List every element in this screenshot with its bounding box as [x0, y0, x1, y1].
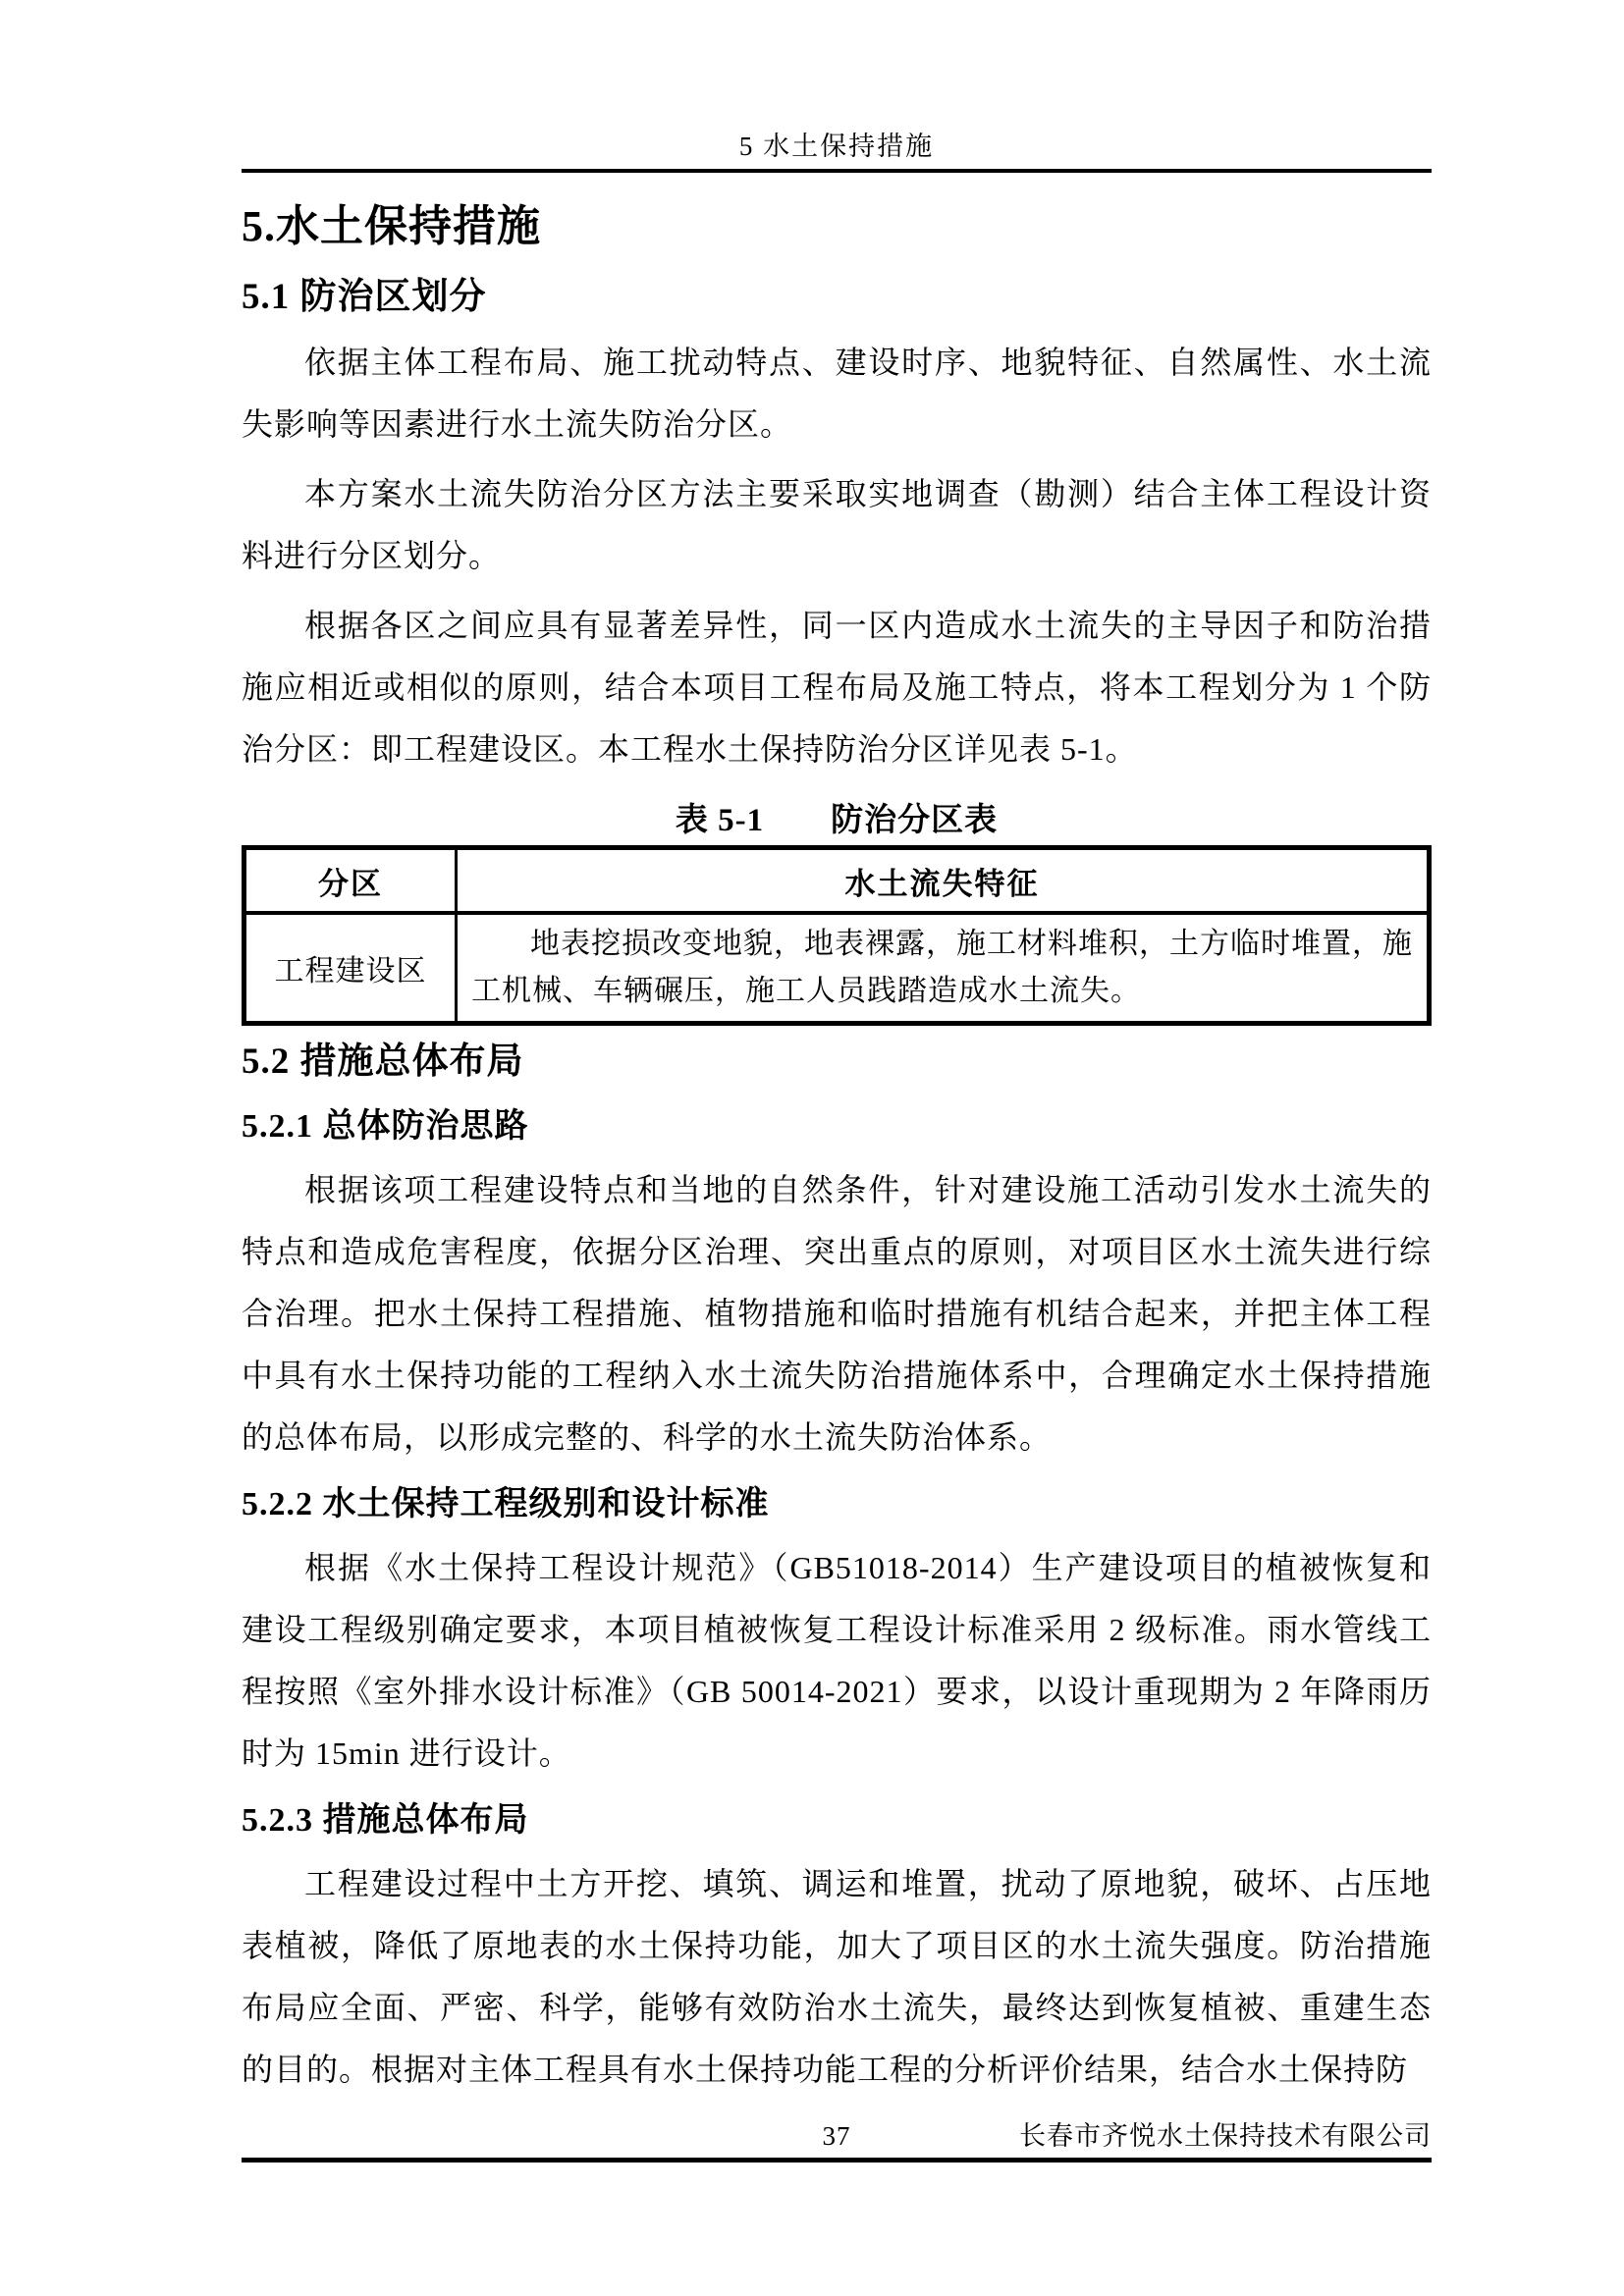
table-5-1: 分区 水土流失特征 工程建设区 地表挖损改变地貌，地表裸露，施工材料堆积，土方临…: [242, 845, 1432, 1026]
zone-name-cell: 工程建设区: [244, 913, 457, 1024]
company-name: 长春市齐悦水土保持技术有限公司: [1019, 2118, 1432, 2154]
soil-loss-characteristics-text: 地表挖损改变地貌，地表裸露，施工材料堆积，土方临时堆置，施工机械、车辆碾压，施工…: [471, 921, 1413, 1015]
footer-rule: [242, 2158, 1432, 2163]
chapter-heading: 5.水土保持措施: [242, 200, 1432, 253]
page-footer: 37 长春市齐悦水土保持技术有限公司: [242, 2118, 1432, 2163]
footer-row: 37 长春市齐悦水土保持技术有限公司: [242, 2118, 1432, 2154]
para-design-standards: 根据《水土保持工程设计规范》（GB51018-2014）生产建设项目的植被恢复和…: [242, 1537, 1432, 1785]
section-5-2-3-heading: 5.2.3 措施总体布局: [242, 1800, 1432, 1842]
section-5-2-heading: 5.2 措施总体布局: [242, 1040, 1432, 1085]
section-5-1-heading: 5.1 防治区划分: [242, 275, 1432, 320]
para-overall-control-approach: 根据该项工程建设特点和当地的自然条件，针对建设施工活动引发水土流失的特点和造成危…: [242, 1159, 1432, 1468]
para-zoning-basis: 依据主体工程布局、施工扰动特点、建设时序、地貌特征、自然属性、水土流失影响等因素…: [242, 332, 1432, 455]
section-5-2-2-heading: 5.2.2 水土保持工程级别和设计标准: [242, 1484, 1432, 1525]
col-header-zone: 分区: [244, 848, 457, 914]
para-zoning-method: 本方案水土流失防治分区方法主要采取实地调查（勘测）结合主体工程设计资料进行分区划…: [242, 463, 1432, 587]
table-row: 工程建设区 地表挖损改变地貌，地表裸露，施工材料堆积，土方临时堆置，施工机械、车…: [244, 913, 1430, 1024]
document-page: 5 水土保持措施 5.水土保持措施 5.1 防治区划分 依据主体工程布局、施工扰…: [0, 0, 1624, 2296]
page-header: 5 水土保持措施: [242, 0, 1432, 173]
para-zoning-result: 根据各区之间应具有显著差异性，同一区内造成水土流失的主导因子和防治措施应相近或相…: [242, 595, 1432, 780]
document-content: 5.水土保持措施 5.1 防治区划分 依据主体工程布局、施工扰动特点、建设时序、…: [242, 200, 1432, 2101]
table-header-row: 分区 水土流失特征: [244, 848, 1430, 914]
col-header-soil-loss-characteristics: 水土流失特征: [457, 848, 1430, 914]
soil-loss-characteristics-cell: 地表挖损改变地貌，地表裸露，施工材料堆积，土方临时堆置，施工机械、车辆碾压，施工…: [457, 913, 1430, 1024]
para-overall-layout: 工程建设过程中土方开挖、填筑、调运和堆置，扰动了原地貌，破坏、占压地表植被，降低…: [242, 1853, 1432, 2101]
content-column: 5 水土保持措施 5.水土保持措施 5.1 防治区划分 依据主体工程布局、施工扰…: [242, 0, 1432, 2101]
header-rule: [242, 169, 1432, 173]
table-5-1-title: 表 5-1 防治分区表: [242, 800, 1432, 841]
section-5-2-1-heading: 5.2.1 总体防治思路: [242, 1106, 1432, 1148]
header-title: 5 水土保持措施: [242, 130, 1432, 163]
